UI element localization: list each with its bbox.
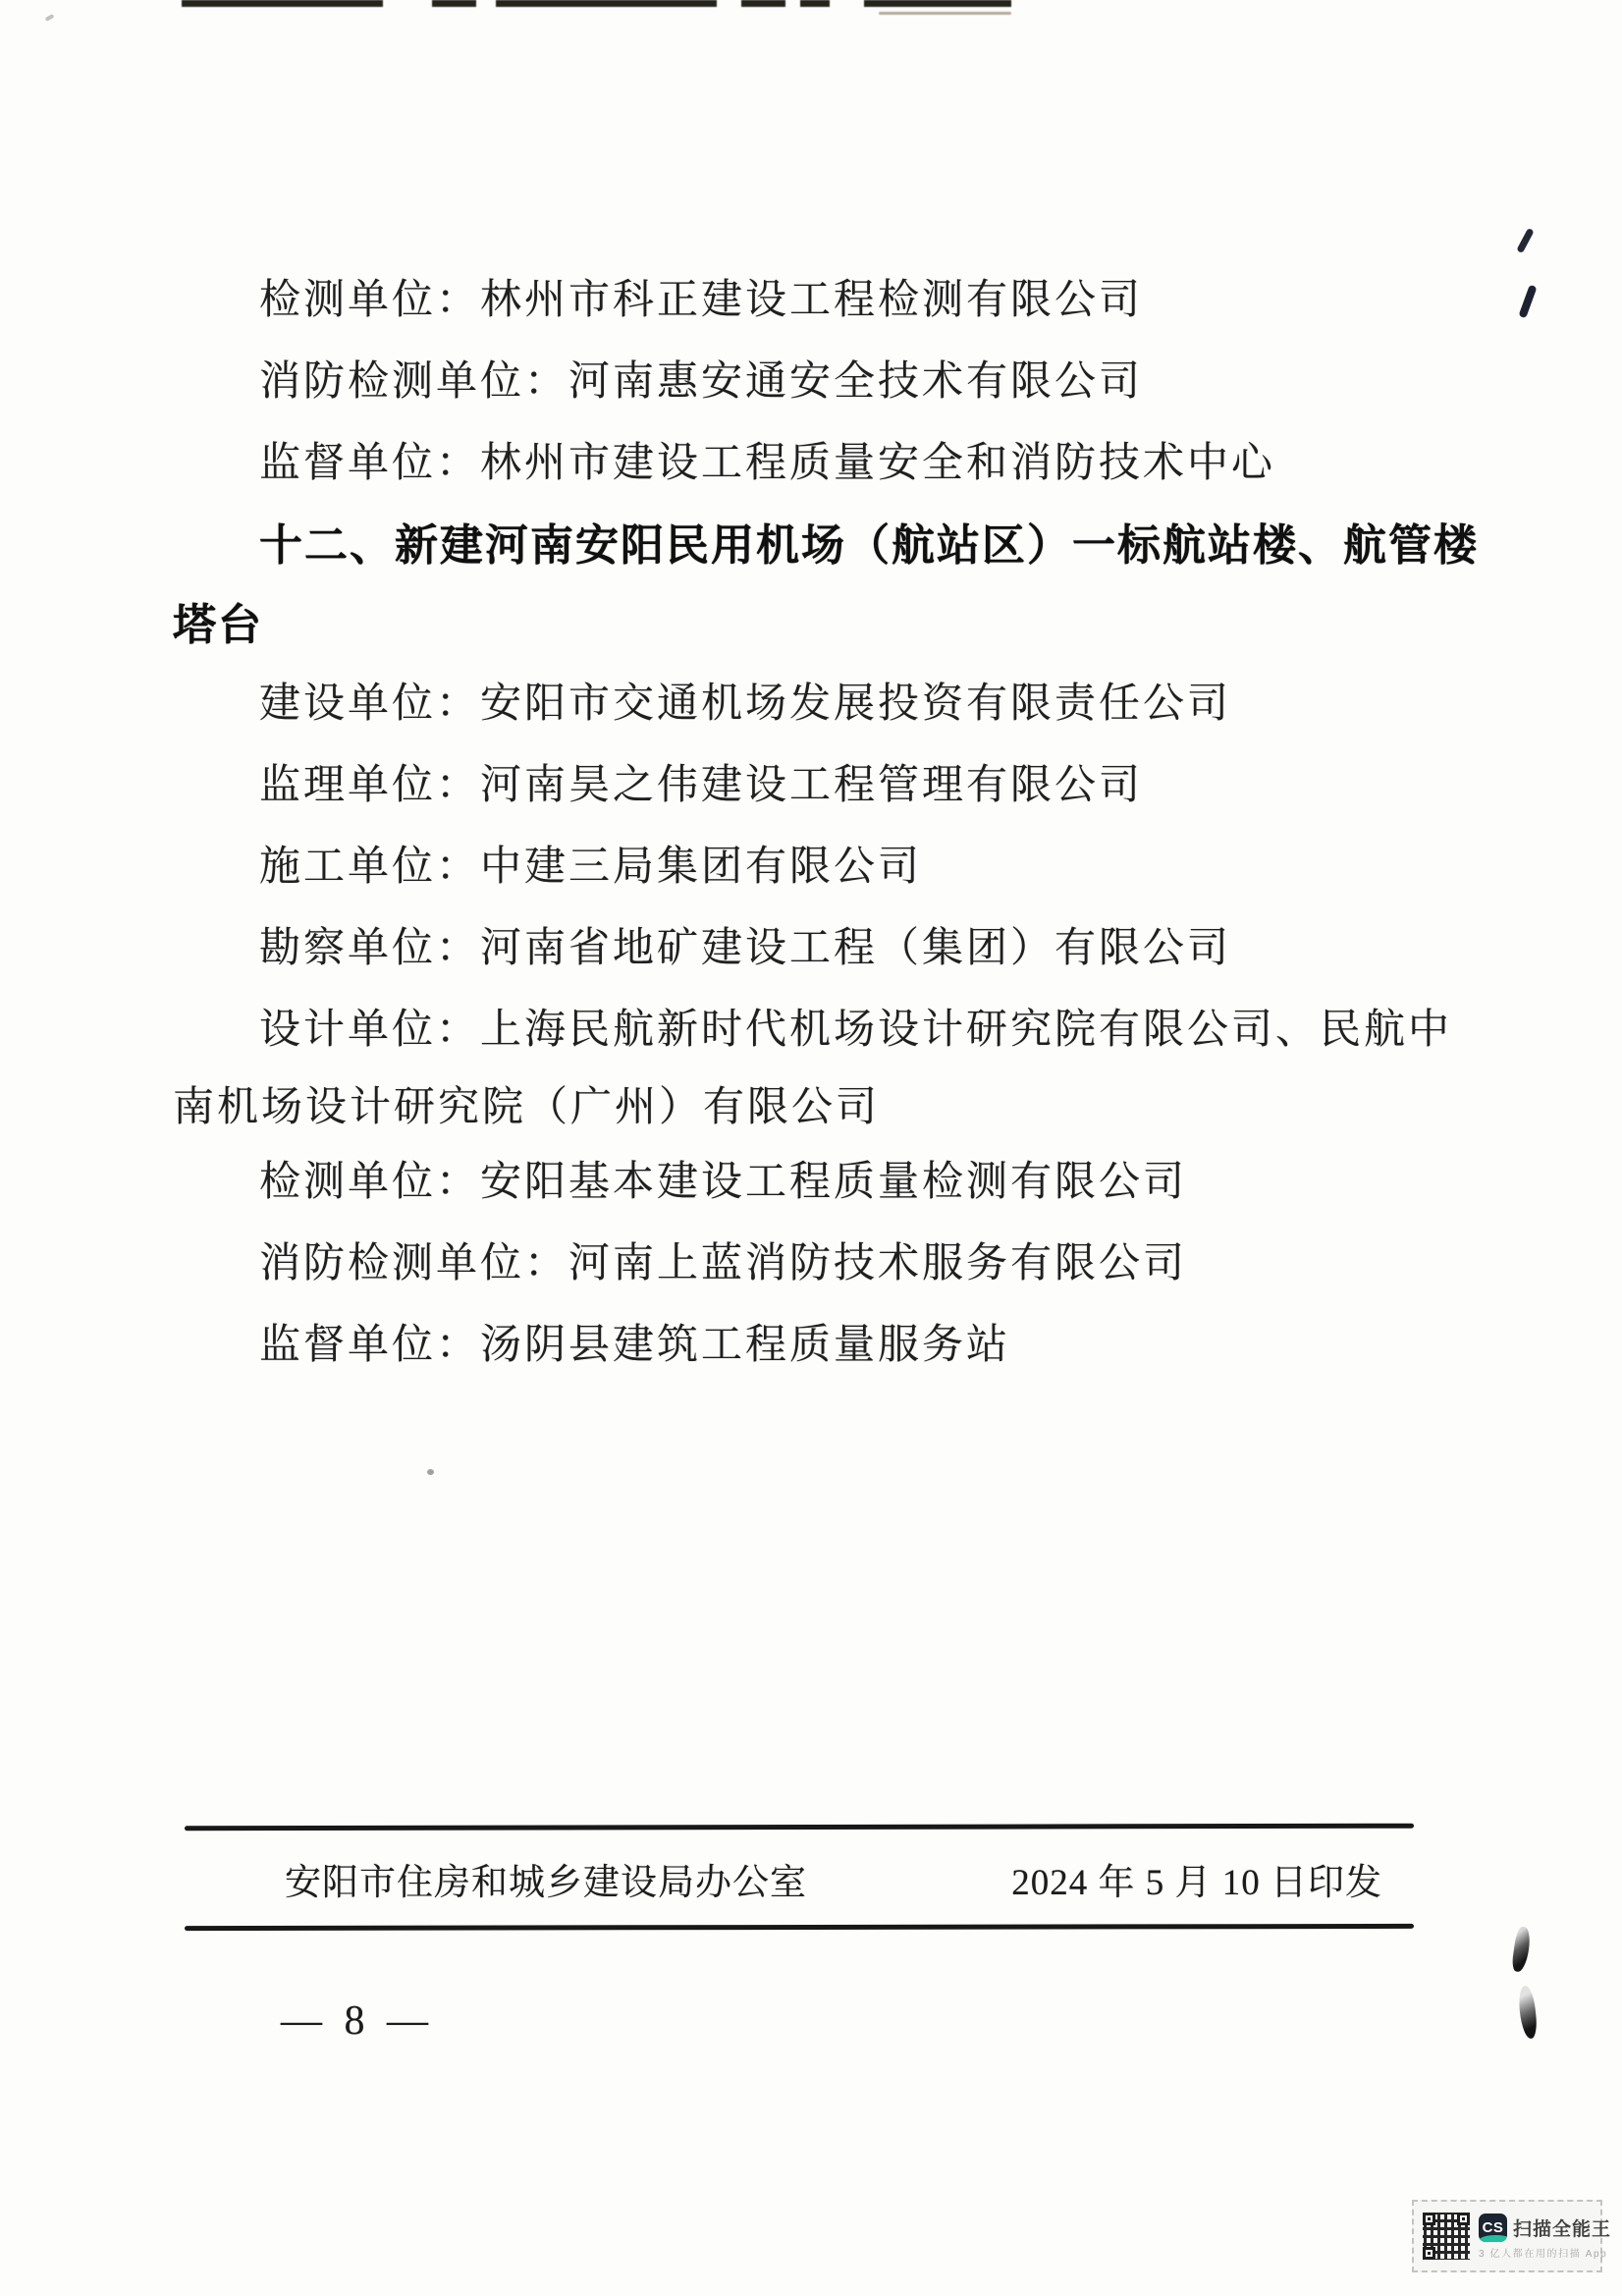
ink-mark <box>1516 228 1534 253</box>
text-line-supervising-engineer-unit: 监理单位：河南昊之伟建设工程管理有限公司 <box>259 752 1143 811</box>
section-heading-line2: 塔台 <box>173 589 263 652</box>
qr-finder-pattern <box>1457 2213 1470 2225</box>
scan-speck <box>45 14 55 22</box>
top-edge-fragment <box>182 0 383 7</box>
text-line-supervision-unit-1: 监督单位：林州市建设工程质量安全和消防技术中心 <box>259 430 1275 489</box>
page-number: — 8 — <box>281 1997 434 2045</box>
text-line-design-unit: 设计单位：上海民航新时代机场设计研究院有限公司、民航中 <box>259 997 1452 1056</box>
logo-accent-swoosh <box>1479 2235 1507 2242</box>
text-line-design-unit-continued: 南机场设计研究院（广州）有限公司 <box>173 1074 880 1133</box>
text-line-contractor-unit: 施工单位：中建三局集团有限公司 <box>259 834 922 893</box>
ink-mark <box>1518 285 1537 319</box>
footer-rule-top <box>185 1824 1414 1831</box>
camscanner-logo-icon: CS <box>1479 2214 1507 2242</box>
text-line-construction-unit: 建设单位：安阳市交通机场发展投资有限责任公司 <box>259 671 1231 730</box>
top-edge-fragment <box>741 0 785 7</box>
camscanner-watermark-badge: CS 扫描全能王 3 亿人都在用的扫描 App <box>1412 2200 1602 2272</box>
qr-finder-pattern <box>1423 2247 1435 2260</box>
section-heading-line1: 十二、新建河南安阳民用机场（航站区）一标航站楼、航管楼 <box>259 510 1479 573</box>
text-line-inspection-unit-1: 检测单位：林州市科正建设工程检测有限公司 <box>259 267 1143 326</box>
watermark-text-area: CS 扫描全能王 3 亿人都在用的扫描 App <box>1479 2214 1593 2260</box>
ink-mark <box>1517 1985 1539 2039</box>
camscanner-logo-text: CS <box>1483 2219 1504 2236</box>
qr-code <box>1423 2213 1470 2260</box>
qr-finder-pattern <box>1423 2213 1435 2225</box>
text-line-inspection-unit-2: 检测单位：安阳基本建设工程质量检测有限公司 <box>259 1149 1187 1208</box>
watermark-app-name: 扫描全能王 <box>1513 2214 1611 2241</box>
top-edge-fragment <box>800 0 830 7</box>
top-edge-fragment <box>432 0 476 7</box>
text-line-supervision-unit-2: 监督单位：汤阴县建筑工程质量服务站 <box>259 1312 1010 1371</box>
top-edge-fragment <box>496 0 717 7</box>
footer-print-date: 2024 年 5 月 10 日印发 <box>1011 1852 1382 1905</box>
footer-rule-bottom <box>185 1924 1414 1931</box>
ink-mark <box>1511 1926 1532 1973</box>
watermark-tagline: 3 亿人都在用的扫描 App <box>1479 2245 1593 2260</box>
text-line-survey-unit: 勘察单位：河南省地矿建设工程（集团）有限公司 <box>259 915 1231 974</box>
top-edge-fragment <box>864 0 1011 7</box>
scanned-document-page: 检测单位：林州市科正建设工程检测有限公司 消防检测单位：河南惠安通安全技术有限公… <box>0 0 1622 2296</box>
text-line-fire-inspection-unit-2: 消防检测单位：河南上蓝消防技术服务有限公司 <box>259 1230 1187 1289</box>
text-line-fire-inspection-unit-1: 消防检测单位：河南惠安通安全技术有限公司 <box>259 349 1143 408</box>
top-edge-fragment <box>879 12 1011 15</box>
scan-speck <box>427 1469 434 1475</box>
footer-issuer: 安阳市住房和城乡建设局办公室 <box>285 1852 807 1905</box>
